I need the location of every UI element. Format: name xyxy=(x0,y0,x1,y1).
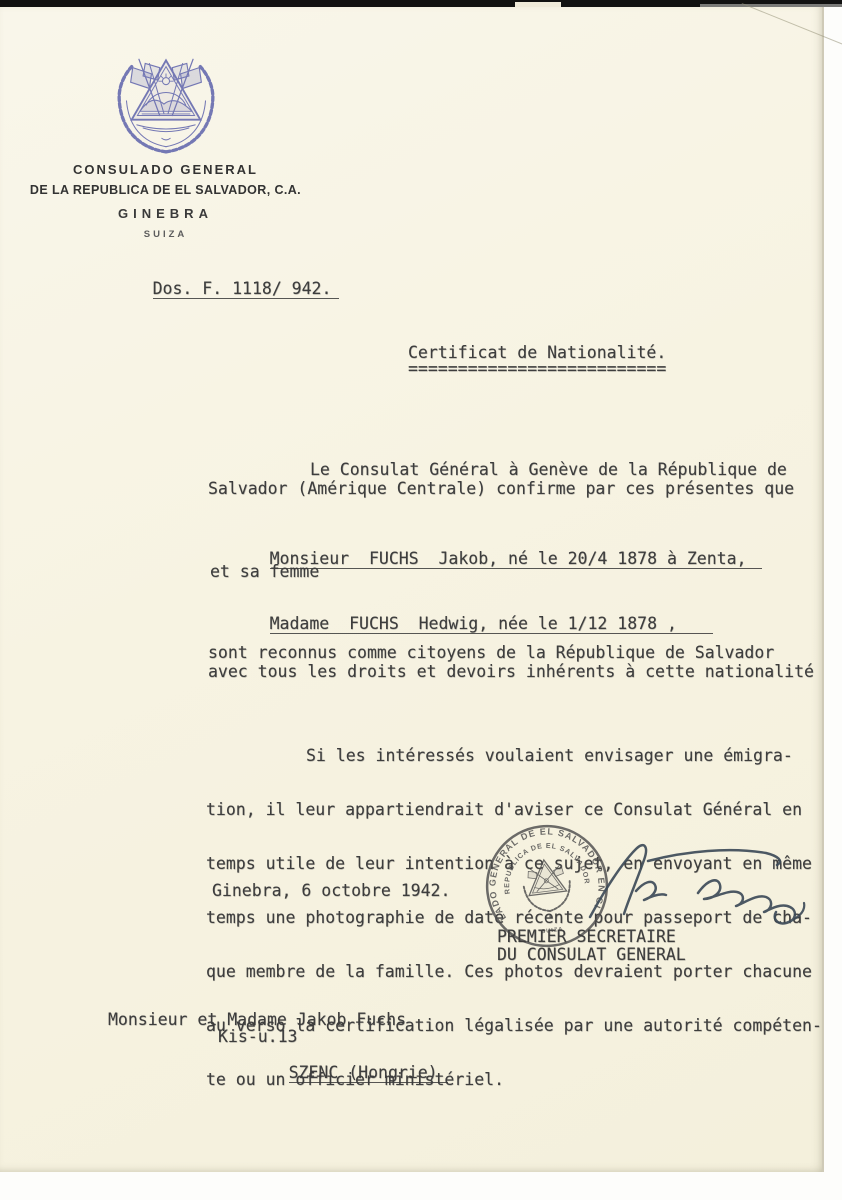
consulate-country: SUIZA xyxy=(18,229,313,240)
letter-paper: CONSULADO GENERAL DE LA REPUBLICA DE EL … xyxy=(0,7,824,1172)
emigration-line: Si les intéressés voulaient envisager un… xyxy=(206,747,822,765)
recognition-line-2: avec tous les droits et devoirs inhérent… xyxy=(208,662,814,681)
consulate-name: CONSULADO GENERAL xyxy=(18,162,313,177)
coat-of-arms-icon xyxy=(107,51,225,155)
date-line: Ginebra, 6 octobre 1942. xyxy=(212,881,450,900)
recognition-line-1: sont reconnus comme citoyens de la Répub… xyxy=(208,643,774,662)
emigration-line: que membre de la famille. Ces photos dev… xyxy=(206,963,822,981)
intro-line-2: Salvador (Amérique Centrale) confirme pa… xyxy=(208,479,794,498)
recipient-city: SZENC (Hongrie) xyxy=(229,1044,448,1101)
intro-line-1: Le Consulat Général à Genève de la Répub… xyxy=(310,460,787,479)
letterhead: CONSULADO GENERAL DE LA REPUBLICA DE EL … xyxy=(18,51,313,240)
consulate-republic-line: DE LA REPUBLICA DE EL SALVADOR, C.A. xyxy=(18,183,313,197)
consulate-city: GINEBRA xyxy=(18,206,313,221)
dossier-number: Dos. F. 1118/ 942. xyxy=(93,260,339,317)
signer-title-line-1: PREMIER SECRETAIRE xyxy=(497,927,676,946)
title-underline: ========================== xyxy=(408,359,666,378)
certificate-title-block: Certificat de Nationalité. =============… xyxy=(408,343,666,378)
paper-fold-crease xyxy=(742,3,842,45)
signature-icon xyxy=(578,825,822,933)
scanner-edge-strip xyxy=(0,0,842,7)
scanned-document-page: CONSULADO GENERAL DE LA REPUBLICA DE EL … xyxy=(0,0,842,1200)
signer-title-line-2: DU CONSULAT GENERAL xyxy=(497,945,686,964)
emigration-line: tion, il leur appartiendrait d'aviser ce… xyxy=(206,801,822,819)
family-relation-line: et sa femme xyxy=(210,562,319,581)
